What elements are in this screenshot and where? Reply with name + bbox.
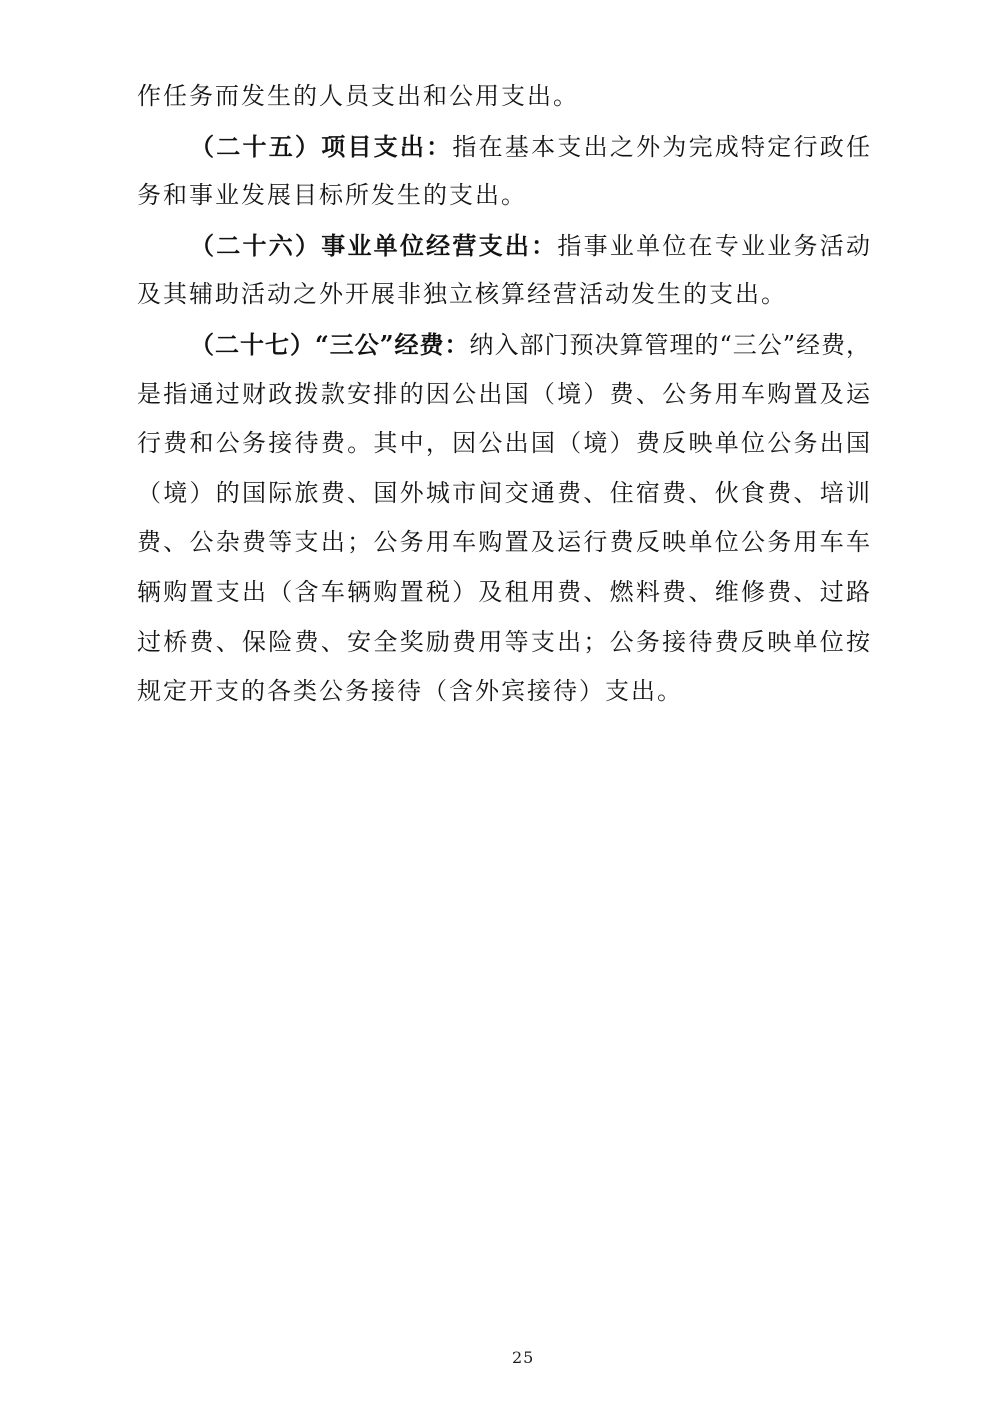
- text-line: 行费和公务接待费。其中，因公出国（境）费反映单位公务出国: [137, 419, 870, 469]
- text-line: 及其辅助活动之外开展非独立核算经营活动发生的支出。: [137, 270, 870, 320]
- body-text: 过桥费、保险费、安全奖励费用等支出；公务接待费反映单位按: [137, 628, 870, 656]
- text-line: （二十六）事业单位经营支出：指事业单位在专业业务活动: [137, 221, 870, 271]
- body-text: 费、公杂费等支出；公务用车购置及运行费反映单位公务用车车: [137, 528, 870, 556]
- body-text: 纳入部门预决算管理的“三公”经费，: [470, 331, 870, 359]
- body-text: 规定开支的各类公务接待（含外宾接待）支出。: [137, 677, 683, 705]
- body-text: 作任务而发生的人员支出和公用支出。: [137, 82, 579, 110]
- text-line: 辆购置支出（含车辆购置税）及租用费、燃料费、维修费、过路: [137, 568, 870, 618]
- term-heading-text: （二十五）项目支出：: [190, 132, 452, 161]
- term-heading-text: （二十六）事业单位经营支出：: [190, 231, 557, 260]
- document-body: 作任务而发生的人员支出和公用支出。（二十五）项目支出：指在基本支出之外为完成特定…: [137, 72, 870, 717]
- body-text: 指在基本支出之外为完成特定行政任: [452, 133, 870, 161]
- body-text: 务和事业发展目标所发生的支出。: [137, 181, 527, 209]
- text-line: （二十七）“三公”经费：纳入部门预决算管理的“三公”经费，: [137, 320, 870, 370]
- body-text: 是指通过财政拨款安排的因公出国（境）费、公务用车购置及运: [137, 380, 870, 408]
- text-line: 是指通过财政拨款安排的因公出国（境）费、公务用车购置及运: [137, 370, 870, 420]
- text-line: 规定开支的各类公务接待（含外宾接待）支出。: [137, 667, 870, 717]
- page-number: 25: [512, 1348, 534, 1367]
- text-line: （境）的国际旅费、国外城市间交通费、住宿费、伙食费、培训: [137, 469, 870, 519]
- text-line: 务和事业发展目标所发生的支出。: [137, 171, 870, 221]
- text-line: 费、公杂费等支出；公务用车购置及运行费反映单位公务用车车: [137, 518, 870, 568]
- text-line: （二十五）项目支出：指在基本支出之外为完成特定行政任: [137, 122, 870, 172]
- body-text: 辆购置支出（含车辆购置税）及租用费、燃料费、维修费、过路: [137, 578, 870, 606]
- body-text: 及其辅助活动之外开展非独立核算经营活动发生的支出。: [137, 280, 787, 308]
- body-text: 行费和公务接待费。其中，因公出国（境）费反映单位公务出国: [137, 429, 870, 457]
- text-line: 过桥费、保险费、安全奖励费用等支出；公务接待费反映单位按: [137, 618, 870, 668]
- document-page: 作任务而发生的人员支出和公用支出。（二十五）项目支出：指在基本支出之外为完成特定…: [0, 0, 992, 1403]
- body-text: 指事业单位在专业业务活动: [557, 232, 870, 260]
- text-line: 作任务而发生的人员支出和公用支出。: [137, 72, 870, 122]
- term-heading-text: （二十七）“三公”经费：: [190, 330, 470, 359]
- body-text: （境）的国际旅费、国外城市间交通费、住宿费、伙食费、培训: [137, 479, 870, 507]
